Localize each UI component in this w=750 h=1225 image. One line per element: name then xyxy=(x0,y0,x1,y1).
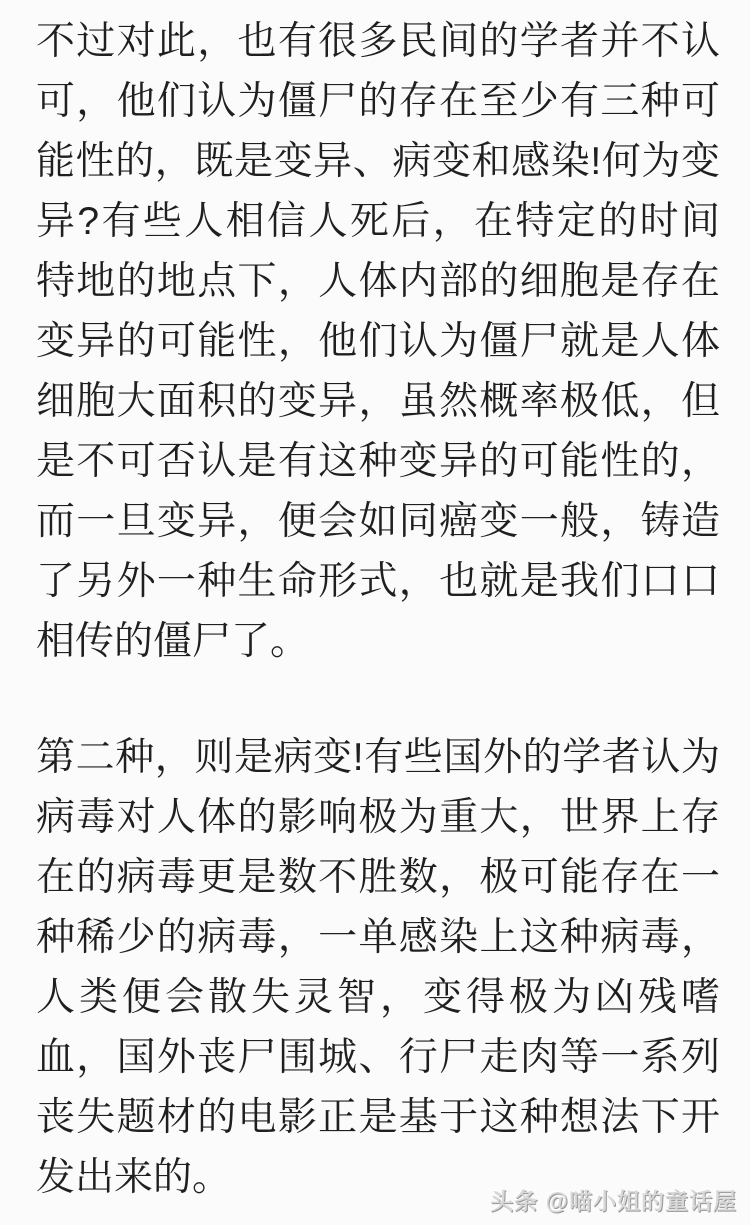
article-page: 不过对此，也有很多民间的学者并不认可，他们认为僵尸的存在至少有三种可能性的，既是… xyxy=(0,0,750,1225)
text-line: 能性的，既是变异、病变和感染!何为变 xyxy=(36,132,720,192)
text-line: 了另外一种生命形式，也就是我们口口 xyxy=(36,552,720,612)
text-line: 病毒对人体的影响极为重大，世界上存 xyxy=(36,788,720,848)
text-line: 变异的可能性，他们认为僵尸就是人体 xyxy=(36,312,720,372)
text-line: 种稀少的病毒，一单感染上这种病毒， xyxy=(36,908,720,968)
text-line: 第二种，则是病变!有些国外的学者认为 xyxy=(36,728,720,788)
text-line: 可，他们认为僵尸的存在至少有三种可 xyxy=(36,72,720,132)
text-line: 特地的地点下，人体内部的细胞是存在 xyxy=(36,252,720,312)
text-line: 而一旦变异，便会如同癌变一般，铸造 xyxy=(36,492,720,552)
text-line: 细胞大面积的变异，虽然概率极低，但 xyxy=(36,372,720,432)
text-line: 丧失题材的电影正是基于这种想法下开 xyxy=(36,1088,720,1148)
text-line: 在的病毒更是数不胜数，极可能存在一 xyxy=(36,848,720,908)
paragraph: 第二种，则是病变!有些国外的学者认为病毒对人体的影响极为重大，世界上存在的病毒更… xyxy=(36,728,720,1208)
text-line: 是不可否认是有这种变异的可能性的， xyxy=(36,432,720,492)
text-line: 不过对此，也有很多民间的学者并不认 xyxy=(36,12,720,72)
watermark: 头条 @喵小姐的童话屋 xyxy=(490,1183,737,1216)
text-line: 异?有些人相信人死后，在特定的时间和 xyxy=(36,192,720,252)
paragraph: 不过对此，也有很多民间的学者并不认可，他们认为僵尸的存在至少有三种可能性的，既是… xyxy=(36,12,720,672)
text-line: 相传的僵尸了。 xyxy=(36,612,720,672)
text-line: 人类便会散失灵智，变得极为凶残嗜 xyxy=(36,968,720,1028)
article-text: 不过对此，也有很多民间的学者并不认可，他们认为僵尸的存在至少有三种可能性的，既是… xyxy=(36,12,720,1208)
text-line: 血，国外丧尸围城、行尸走肉等一系列 xyxy=(36,1028,720,1088)
